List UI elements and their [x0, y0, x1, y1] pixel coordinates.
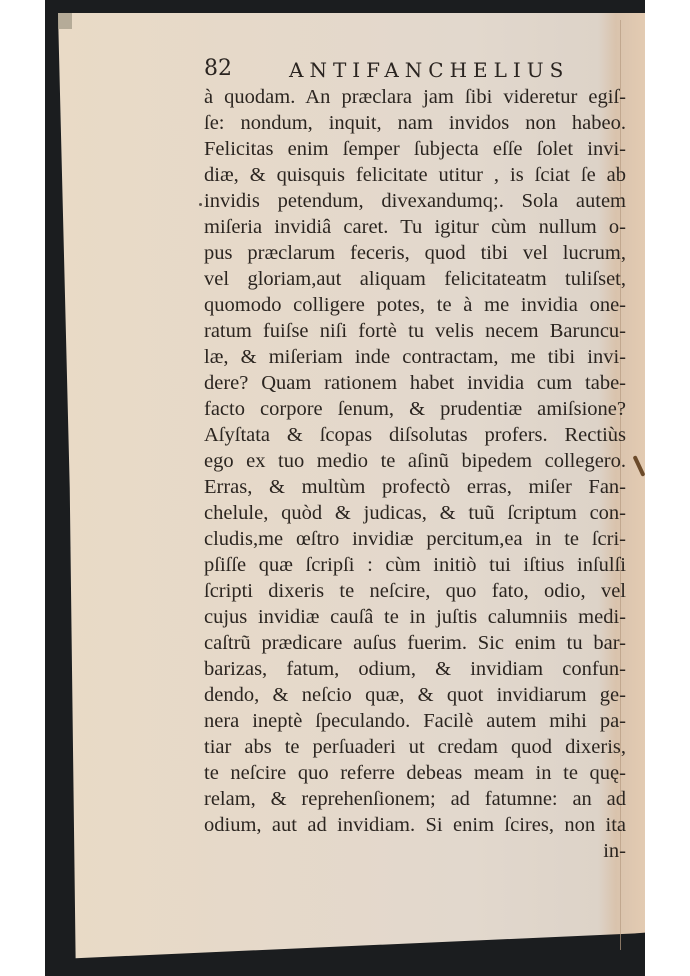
- text-line: tiar abs te perſuaderi ut credam quod di…: [204, 734, 626, 760]
- text-line: invidis petendum, divexandumq;. Sola aut…: [204, 188, 626, 214]
- text-line: diæ, & quisquis felicitate utitur , is ſ…: [204, 162, 626, 188]
- text-line: pſiſſe quæ ſcripſi : cùm initiò tui iſti…: [204, 552, 626, 578]
- text-line: ratum fuiſse niſi fortè tu velis necem B…: [204, 318, 626, 344]
- running-head: 82 ANTIFANCHELIUS: [204, 56, 624, 86]
- body-text: à quodam. An præclara jam ſibi videretur…: [204, 84, 626, 864]
- text-line: pus præclarum feceris, quod tibi vel luc…: [204, 240, 626, 266]
- text-line: ego ex tuo medio te aſinũ bipedem colleg…: [204, 448, 626, 474]
- corner-stain: [58, 13, 72, 29]
- text-line: cludis,me œſtro invidiæ percitum,ea in t…: [204, 526, 626, 552]
- text-line: quomodo colligere potes, te à me invidia…: [204, 292, 626, 318]
- text-line: ſe: nondum, inquit, nam invidos non habe…: [204, 110, 626, 136]
- text-line: caſtrũ prædicare auſus fuerim. Sic enim …: [204, 630, 626, 656]
- text-line: odium, aut ad invidiam. Si enim ſcires, …: [204, 812, 626, 838]
- text-line: Erras, & multùm profectò erras, miſer Fa…: [204, 474, 626, 500]
- text-line: ſcripti dixeris te neſcire, quo fato, od…: [204, 578, 626, 604]
- text-line: barizas, fatum, odium, & invidiam confun…: [204, 656, 626, 682]
- catchword: in-: [204, 838, 626, 864]
- text-line: nera ineptè ſpeculando. Facilè autem mih…: [204, 708, 626, 734]
- text-line: læ, & miſeriam inde contractam, me tibi …: [204, 344, 626, 370]
- text-line: facto corpore ſenum, & prudentiæ amiſsio…: [204, 396, 626, 422]
- text-line: Aſyſtata & ſcopas diſsolutas profers. Re…: [204, 422, 626, 448]
- text-line: Felicitas enim ſemper ſubjecta eſſe ſole…: [204, 136, 626, 162]
- text-line: te neſcire quo referre debeas meam in te…: [204, 760, 626, 786]
- margin-ink-dot: [199, 203, 202, 206]
- text-line: à quodam. An præclara jam ſibi videretur…: [204, 84, 626, 110]
- text-line: miſeria invidiâ caret. Tu igitur cùm nul…: [204, 214, 626, 240]
- text-line: dendo, & neſcio quæ, & quot invidiarum g…: [204, 682, 626, 708]
- text-line: vel gloriam,aut aliquam felicitateatm tu…: [204, 266, 626, 292]
- text-line: cujus invidiæ cauſâ te in juſtis calumni…: [204, 604, 626, 630]
- text-line: chelule, quòd & judicas, & tuũ ſcriptum …: [204, 500, 626, 526]
- text-line: dere? Quam rationem habet invidia cum ta…: [204, 370, 626, 396]
- page-number: 82: [204, 56, 232, 81]
- text-line: relam, & reprehenſionem; ad fatumne: an …: [204, 786, 626, 812]
- running-title: ANTIFANCHELIUS: [289, 58, 569, 82]
